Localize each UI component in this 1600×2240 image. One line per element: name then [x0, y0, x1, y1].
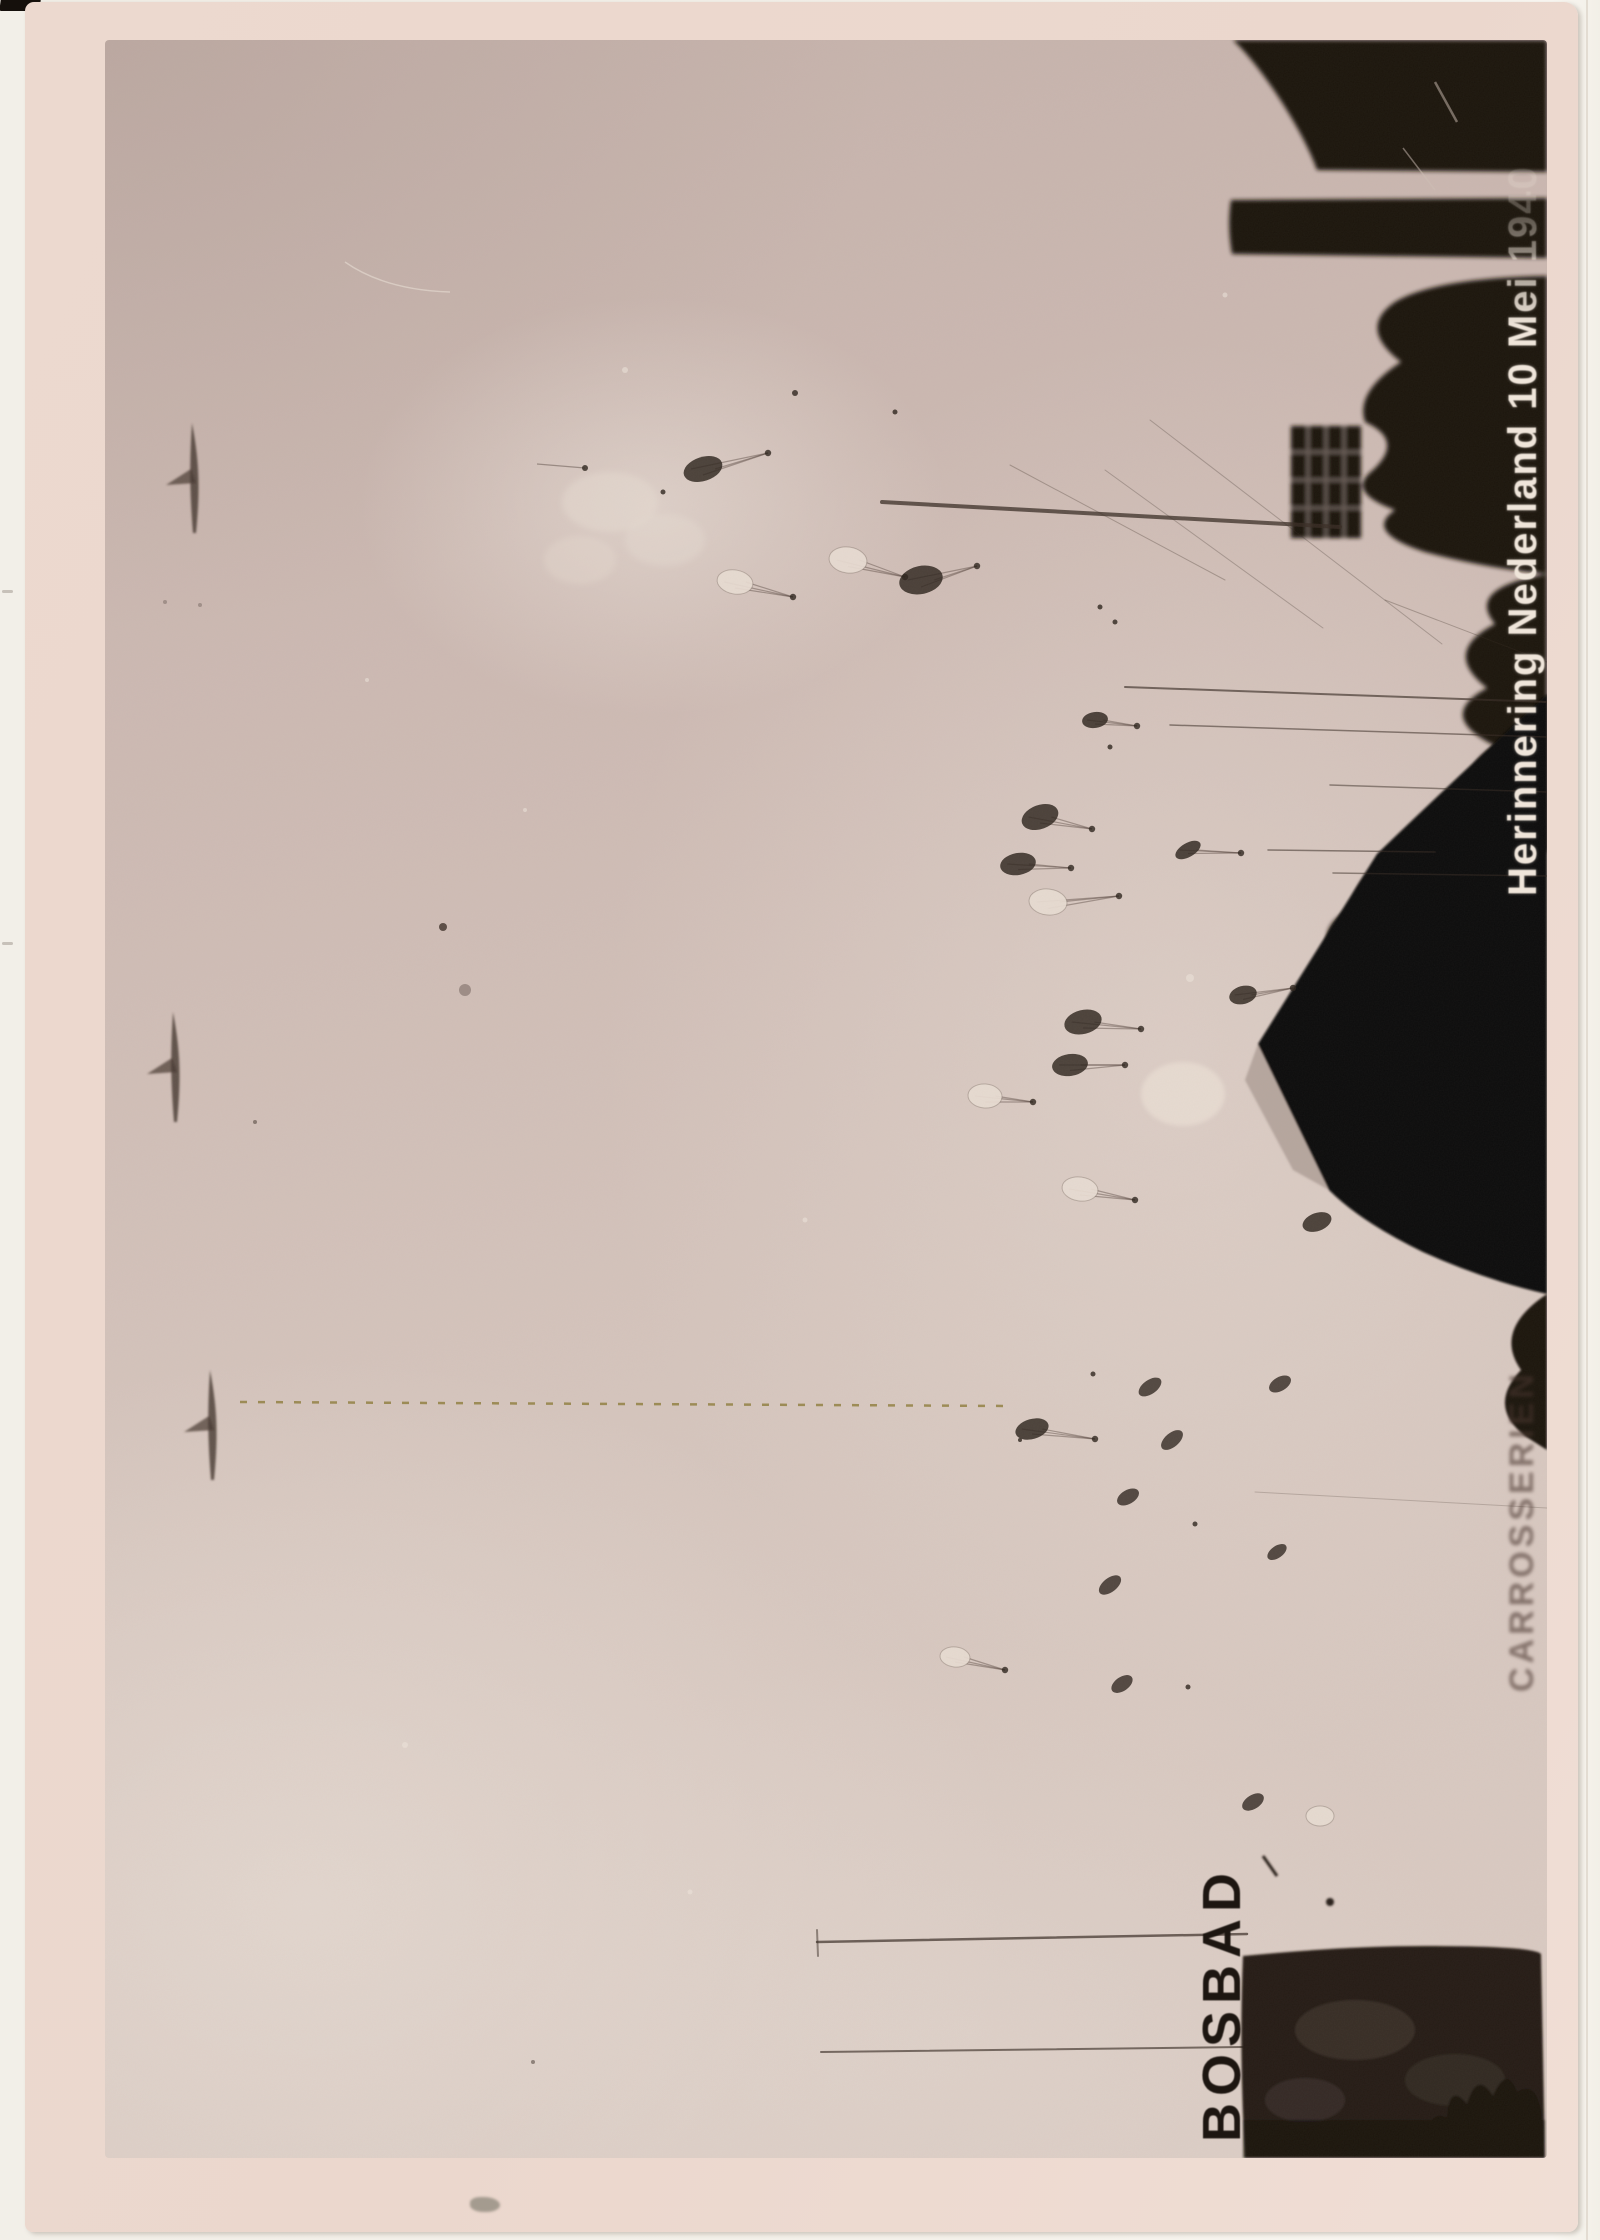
scan-edge-tick [2, 942, 13, 945]
photograph: Herinnering Nederland 10 Mei 1940 CARROS… [25, 2, 1578, 2232]
sign-bosbad-text: BOSBAD [1191, 1866, 1253, 2142]
film-grain [105, 40, 1547, 2158]
scanner-bed: Herinnering Nederland 10 Mei 1940 CARROS… [0, 0, 1600, 2240]
scan-edge-tick [2, 590, 13, 593]
border-speck [470, 2197, 500, 2212]
photo-image-area: Herinnering Nederland 10 Mei 1940 CARROS… [105, 40, 1547, 2158]
sign-carrosserie-text: CARROSSERIEN [1503, 1370, 1542, 1692]
caption-herinnering-text: Herinnering Nederland 10 Mei 1940 [1501, 165, 1546, 896]
photo-scene [105, 40, 1547, 2158]
scanner-crease [1586, 0, 1588, 2240]
